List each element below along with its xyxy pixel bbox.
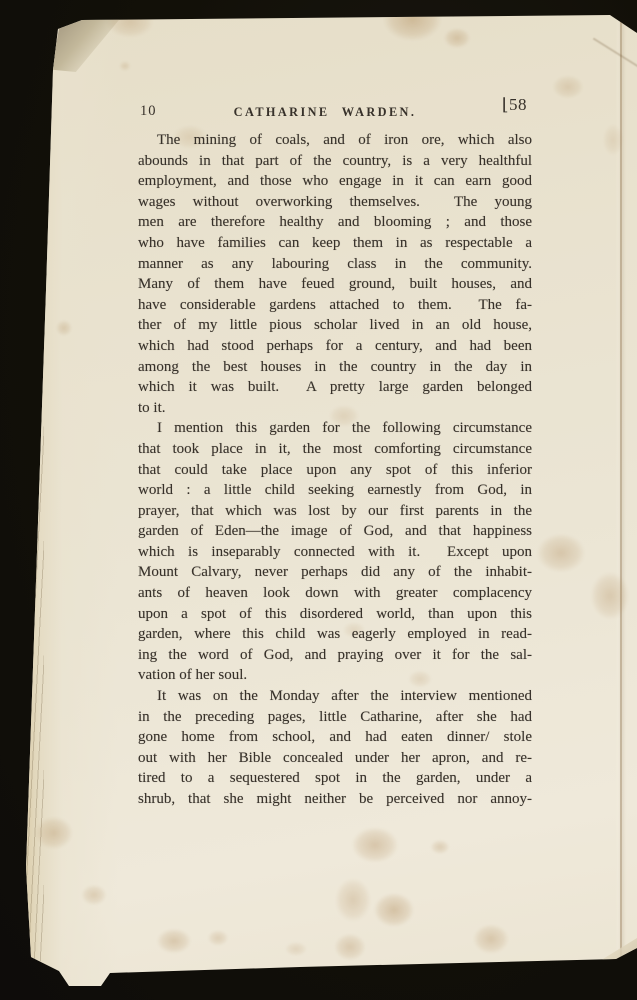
text-line: in the preceding pages, little Catharine… — [138, 707, 532, 728]
paragraph: It was on the Monday after the interview… — [138, 686, 532, 810]
text-line: who have families can keep them in as re… — [138, 233, 532, 254]
text-line: to it. — [138, 398, 532, 419]
text-line: out with her Bible concealed under her a… — [138, 748, 532, 769]
text-line: which had stood perhaps for a century, a… — [138, 336, 532, 357]
text-line: prayer, that which was lost by our first… — [138, 501, 532, 522]
text-line: Mount Calvary, never perhaps did any of … — [138, 562, 532, 583]
bottom-right-fold — [598, 938, 637, 962]
text-line: garden of Eden—the image of God, and tha… — [138, 521, 532, 542]
text-line: shrub, that she might neither be perceiv… — [138, 789, 532, 810]
text-line: abounds in that part of the country, is … — [138, 151, 532, 172]
text-line: have considerable gardens attached to th… — [138, 295, 532, 316]
text-line: vation of her soul. — [138, 665, 532, 686]
text-line: among the best houses in the country in … — [138, 357, 532, 378]
text-line: ing the word of God, and praying over it… — [138, 645, 532, 666]
text-line: that took place in it, the most comforti… — [138, 439, 532, 460]
text-line: employment, and those who engage in it c… — [138, 171, 532, 192]
text-line: men are therefore healthy and blooming ;… — [138, 212, 532, 233]
text-line: gone home from school, and had eaten din… — [138, 727, 532, 748]
text-line: which is inseparably connected with it. … — [138, 542, 532, 563]
book-page: 10 CATHARINE WARDEN. ⌊58 The mining of c… — [0, 0, 637, 1000]
running-title: CATHARINE WARDEN. — [128, 105, 522, 120]
page-header: 10 CATHARINE WARDEN. ⌊58 — [138, 102, 532, 126]
text-line: which it was built. A pretty large garde… — [138, 377, 532, 398]
text-line: manner as any labouring class in the com… — [138, 254, 532, 275]
book-photo: 10 CATHARINE WARDEN. ⌊58 The mining of c… — [0, 0, 637, 1000]
text-line: The mining of coals, and of iron ore, wh… — [138, 130, 532, 151]
text-line: It was on the Monday after the interview… — [138, 686, 532, 707]
text-line: garden, where this child was eagerly emp… — [138, 624, 532, 645]
text-line: Many of them have feued ground, built ho… — [138, 274, 532, 295]
text-line: upon a spot of this disordered world, th… — [138, 604, 532, 625]
text-line: world : a little child seeking earnestly… — [138, 480, 532, 501]
text-line: tired to a sequestered spot in the garde… — [138, 768, 532, 789]
shelf-mark: ⌊58 — [502, 95, 527, 115]
top-right-crease — [593, 38, 637, 77]
text-line: that could take place upon any spot of t… — [138, 460, 532, 481]
text-line: wages without overworking themselves. Th… — [138, 192, 532, 213]
text-line: ants of heaven look down with greater co… — [138, 583, 532, 604]
text-line: ther of my little pious scholar lived in… — [138, 315, 532, 336]
paragraph: The mining of coals, and of iron ore, wh… — [138, 130, 532, 418]
body-text: The mining of coals, and of iron ore, wh… — [138, 130, 532, 810]
paragraph: I mention this garden for the following … — [138, 418, 532, 686]
text-line: I mention this garden for the following … — [138, 418, 532, 439]
